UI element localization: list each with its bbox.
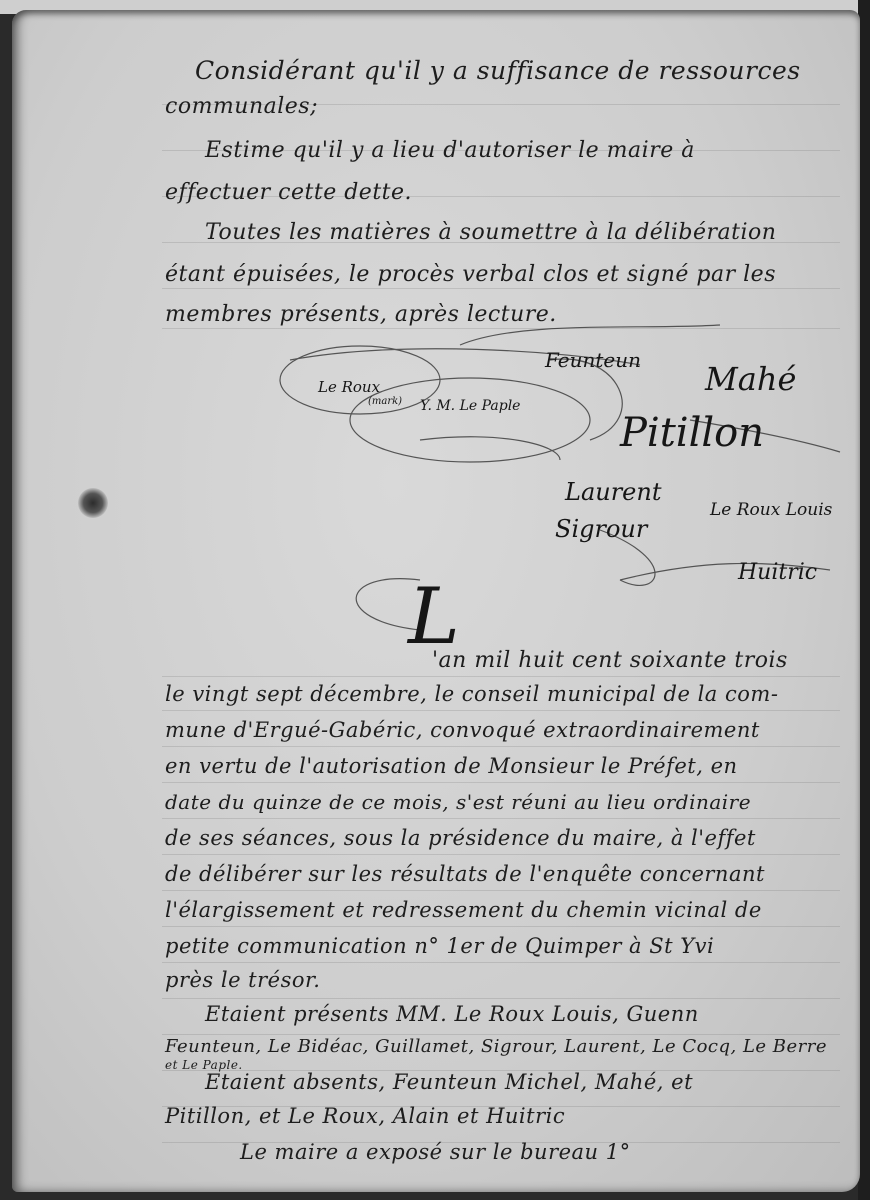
signature-le-roux: Le Roux	[318, 378, 380, 396]
signature-laurent: Laurent	[565, 478, 661, 506]
text-line: date du quinze de ce mois, s'est réuni a…	[165, 790, 751, 814]
text-line: Pitillon, et Le Roux, Alain et Huitric	[165, 1104, 565, 1128]
text-line: 'an mil huit cent soixante trois	[432, 648, 788, 673]
text-line: le vingt sept décembre, le conseil munic…	[165, 682, 778, 706]
text-line: effectuer cette dette.	[165, 180, 412, 205]
text-line: l'élargissement et redressement du chemi…	[165, 898, 762, 922]
text-line: communales;	[165, 94, 318, 119]
signature-pitillon: Pitillon	[620, 410, 764, 456]
text-line: Estime qu'il y a lieu d'autoriser le mai…	[205, 138, 695, 163]
text-line: Feunteun, Le Bidéac, Guillamet, Sigrour,…	[165, 1036, 827, 1057]
text-line: Le maire a exposé sur le bureau 1°	[240, 1140, 631, 1164]
text-line: de ses séances, sous la présidence du ma…	[165, 826, 756, 850]
signature-le-roux-mark: (mark)	[368, 396, 402, 407]
signature-le-roux-louis: Le Roux Louis	[710, 500, 832, 520]
text-line: mune d'Ergué-Gabéric, convoqué extraordi…	[165, 718, 760, 742]
text-line: étant épuisées, le procès verbal clos et…	[165, 262, 776, 287]
signature-feunteun: Feunteun	[545, 348, 641, 372]
ink-blot	[78, 488, 108, 518]
signature-le-paple: Y. M. Le Paple	[420, 398, 520, 414]
signature-huitric: Huitric	[738, 560, 817, 585]
text-line: Etaient absents, Feunteun Michel, Mahé, …	[205, 1070, 693, 1094]
text-line: de délibérer sur les résultats de l'enqu…	[165, 862, 765, 886]
signature-mahe: Mahé	[705, 360, 796, 398]
text-line: près le trésor.	[165, 968, 320, 992]
text-line: en vertu de l'autorisation de Monsieur l…	[165, 754, 738, 778]
signature-sigrour: Sigrour	[555, 515, 647, 543]
text-line: petite communication n° 1er de Quimper à…	[165, 934, 714, 958]
text-line: Etaient présents MM. Le Roux Louis, Guen…	[205, 1002, 699, 1026]
text-line: Considérant qu'il y a suffisance de ress…	[195, 56, 801, 85]
text-line: Toutes les matières à soumettre à la dél…	[205, 220, 776, 245]
text-line: membres présents, après lecture.	[165, 302, 557, 327]
